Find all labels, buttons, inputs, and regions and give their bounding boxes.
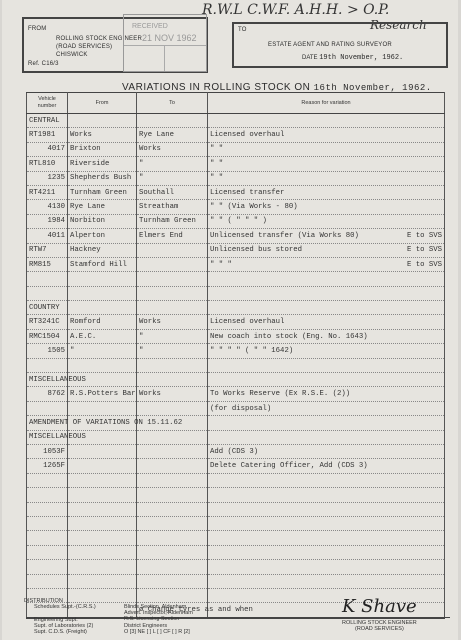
cell-vehicle: 8762 — [27, 387, 68, 401]
cell-to: Southall — [137, 185, 208, 199]
table-row: AMENDMENT OF VARIATIONS ON 15.11.62 — [27, 416, 445, 430]
cell-to — [137, 373, 208, 387]
cell-from — [68, 488, 137, 502]
cell-to — [137, 516, 208, 530]
cell-to — [137, 430, 208, 444]
cell-from — [68, 574, 137, 588]
table-row: (for disposal) — [27, 401, 445, 415]
cell-to — [137, 574, 208, 588]
table-row: MISCELLANEOUS — [27, 373, 445, 387]
table-row: 4011AlpertonElmers EndUnlicensed transfe… — [27, 229, 445, 243]
cell-vehicle: RT1981 — [27, 128, 68, 142]
cell-vehicle: 1235 — [27, 171, 68, 185]
cell-vehicle — [27, 531, 68, 545]
document-page: R.W.L C.W.F. A.H.H. > O.P. Research FROM… — [2, 0, 458, 640]
cell-to — [137, 531, 208, 545]
cell-vehicle: 1053F — [27, 444, 68, 458]
table-row: RT3241CRomfordWorksLicensed overhaul — [27, 315, 445, 329]
cell-to — [137, 286, 208, 300]
variations-table: Vehicle number From To Reason for variat… — [26, 92, 445, 619]
cell-vehicle: RMC1504 — [27, 329, 68, 343]
cell-vehicle: COUNTRY — [27, 301, 68, 315]
cell-from — [68, 516, 137, 530]
cell-from — [68, 444, 137, 458]
signatory-title: ROLLING STOCK ENGINEER (ROAD SERVICES) — [342, 620, 417, 632]
cell-vehicle — [27, 502, 68, 516]
cell-to: Turnham Green — [137, 214, 208, 228]
cell-vehicle: CENTRAL — [27, 114, 68, 128]
table-row — [27, 516, 445, 530]
cell-vehicle: RT4211 — [27, 185, 68, 199]
header-reason: Reason for variation — [208, 93, 445, 114]
from-label: FROM — [28, 26, 46, 32]
cell-vehicle: 1505 — [27, 344, 68, 358]
cell-to — [137, 243, 208, 257]
cell-reason: Unlicensed transfer (Via Works 80)E to S… — [208, 229, 445, 243]
cell-vehicle — [27, 272, 68, 286]
cell-to: Works — [137, 315, 208, 329]
cell-reason: To Works Reserve (Ex R.S.E. (2)) — [208, 387, 445, 401]
cell-reason: New coach into stock (Eng. No. 1643) — [208, 329, 445, 343]
cell-from — [68, 545, 137, 559]
table-row: RMC1504A.E.C."New coach into stock (Eng.… — [27, 329, 445, 343]
cell-vehicle: MISCELLANEOUS — [27, 373, 68, 387]
cell-from — [68, 502, 137, 516]
cell-vehicle: RT3241C — [27, 315, 68, 329]
table-row — [27, 560, 445, 574]
table-row: 8762R.S.Potters BarWorksTo Works Reserve… — [27, 387, 445, 401]
cell-reason: " " — [208, 142, 445, 156]
cell-from — [68, 459, 137, 473]
cell-extra: E to SVS — [407, 232, 442, 240]
table-row: RM815Stamford Hill " " "E to SVS — [27, 257, 445, 271]
cell-from: Romford — [68, 315, 137, 329]
table-row: RT4211Turnham GreenSouthallLicensed tran… — [27, 185, 445, 199]
cell-reason: Licensed transfer — [208, 185, 445, 199]
cell-from: Brixton — [68, 142, 137, 156]
table-row: RTW7HackneyUnlicensed bus storedE to SVS — [27, 243, 445, 257]
cell-reason: Add (CDS 3) — [208, 444, 445, 458]
cell-from: Rye Lane — [68, 200, 137, 214]
table-row: CENTRAL — [27, 114, 445, 128]
cell-vehicle — [27, 401, 68, 415]
header-vehicle-number: Vehicle number — [27, 93, 68, 114]
cell-vehicle: 4130 — [27, 200, 68, 214]
document-date: DATE 19th November, 1962. — [302, 54, 403, 62]
cell-to — [137, 545, 208, 559]
cell-reason — [208, 373, 445, 387]
table-row — [27, 272, 445, 286]
cell-vehicle: 1984 — [27, 214, 68, 228]
cell-from — [68, 473, 137, 487]
cell-from — [68, 286, 137, 300]
cell-to: " — [137, 157, 208, 171]
table-row: 1053FAdd (CDS 3) — [27, 444, 445, 458]
table-row — [27, 531, 445, 545]
cell-to — [137, 473, 208, 487]
cell-vehicle: RTW7 — [27, 243, 68, 257]
cell-vehicle — [27, 358, 68, 372]
signature: K Shave — [342, 596, 417, 617]
cell-vehicle — [27, 488, 68, 502]
from-line-3: CHISWICK — [56, 52, 88, 58]
table-row — [27, 502, 445, 516]
cell-to — [137, 301, 208, 315]
cell-to — [137, 502, 208, 516]
table-row: 1984NorbitonTurnham Green" " ( " " " ) — [27, 214, 445, 228]
cell-reason: " " — [208, 171, 445, 185]
cell-from: A.E.C. — [68, 329, 137, 343]
cell-to — [137, 358, 208, 372]
cell-to — [137, 257, 208, 271]
cell-extra: E to SVS — [407, 246, 442, 254]
table-row: RT1981WorksRye LaneLicensed overhaul — [27, 128, 445, 142]
cell-from: Riverside — [68, 157, 137, 171]
cell-reason — [208, 531, 445, 545]
cell-to: " — [137, 171, 208, 185]
cell-from: Alperton — [68, 229, 137, 243]
header-to: To — [137, 93, 208, 114]
cell-to: " — [137, 344, 208, 358]
cell-to: Streatham — [137, 200, 208, 214]
cell-from — [68, 560, 137, 574]
cell-reason — [208, 416, 445, 430]
table-row — [27, 358, 445, 372]
table-row: 4130Rye LaneStreatham" " (Via Works - 80… — [27, 200, 445, 214]
cell-to: Works — [137, 387, 208, 401]
table-row: 1265FDelete Catering Officer, Add (CDS 3… — [27, 459, 445, 473]
distribution-item: Supt. C.D.S. (Freight) — [34, 629, 96, 635]
cell-to: " — [137, 329, 208, 343]
cell-vehicle: RTL810 — [27, 157, 68, 171]
cell-reason — [208, 545, 445, 559]
cell-from — [68, 358, 137, 372]
cell-vehicle — [27, 560, 68, 574]
table-row: MISCELLANEOUS — [27, 430, 445, 444]
cell-to — [137, 459, 208, 473]
cell-vehicle: RM815 — [27, 257, 68, 271]
cell-from: Turnham Green — [68, 185, 137, 199]
cell-from — [68, 114, 137, 128]
cell-reason: " " " " ( " " 1642) — [208, 344, 445, 358]
table-row — [27, 488, 445, 502]
cell-to — [137, 588, 208, 602]
table-row: COUNTRY — [27, 301, 445, 315]
to-box: TO ESTATE AGENT AND RATING SURVEYOR DATE… — [232, 22, 448, 68]
cell-reason: Unlicensed bus storedE to SVS — [208, 243, 445, 257]
cell-vehicle: 4017 — [27, 142, 68, 156]
cell-from — [68, 531, 137, 545]
cell-from — [68, 301, 137, 315]
cell-from — [68, 272, 137, 286]
table-row: RTL810Riverside"" " — [27, 157, 445, 171]
to-label: TO — [238, 27, 247, 33]
cell-vehicle — [27, 473, 68, 487]
cell-reason — [208, 301, 445, 315]
table-row — [27, 545, 445, 559]
cell-vehicle: 1265F — [27, 459, 68, 473]
cell-reason — [208, 560, 445, 574]
cell-reason: " " ( " " " ) — [208, 214, 445, 228]
stamp-date: 21 NOV 1962 — [142, 33, 197, 43]
cell-vehicle — [27, 545, 68, 559]
cell-from: " — [68, 344, 137, 358]
date-value: 19th November, 1962. — [319, 54, 403, 62]
cell-from: Stamford Hill — [68, 257, 137, 271]
cell-reason — [208, 488, 445, 502]
received-stamp: RECEIVED 21 NOV 1962 — [123, 14, 207, 72]
cell-vehicle: 4011 — [27, 229, 68, 243]
cell-reason: Delete Catering Officer, Add (CDS 3) — [208, 459, 445, 473]
cell-to: Elmers End — [137, 229, 208, 243]
table-row — [27, 574, 445, 588]
cell-to — [137, 401, 208, 415]
cell-reason: " " (Via Works - 80) — [208, 200, 445, 214]
stamp-label: RECEIVED — [132, 23, 168, 30]
cell-vehicle: MISCELLANEOUS — [27, 430, 68, 444]
header-from: From — [68, 93, 137, 114]
cell-to — [137, 272, 208, 286]
cell-to: Works — [137, 142, 208, 156]
cell-from: Shepherds Bush — [68, 171, 137, 185]
handwritten-routing-note: R.W.L C.W.F. A.H.H. > O.P. — [202, 2, 389, 18]
cell-vehicle — [27, 574, 68, 588]
cell-reason — [208, 574, 445, 588]
cell-reason — [208, 114, 445, 128]
cell-from: Works — [68, 128, 137, 142]
distribution-list-2: Blinds Section, AldenhamAdvert. Inspecto… — [124, 604, 193, 635]
cell-vehicle — [27, 286, 68, 300]
table-row: 4017BrixtonWorks" " — [27, 142, 445, 156]
reference-number: Ref. C16/3 — [28, 61, 59, 67]
cell-reason: (for disposal) — [208, 401, 445, 415]
cell-reason: " " "E to SVS — [208, 257, 445, 271]
cell-to — [137, 488, 208, 502]
cell-reason — [208, 286, 445, 300]
date-label: DATE — [302, 55, 318, 61]
cell-to — [137, 114, 208, 128]
distribution-item: Schedules Supt.-(C.R.S.) — [34, 604, 96, 610]
cell-reason — [208, 272, 445, 286]
cell-to: Rye Lane — [137, 128, 208, 142]
table-row — [27, 473, 445, 487]
recipient: ESTATE AGENT AND RATING SURVEYOR — [268, 42, 392, 48]
cell-to — [137, 444, 208, 458]
cell-extra: E to SVS — [407, 261, 442, 269]
distribution-item: O [3] NE [ ] L [ ] CF [ ] R [2] — [124, 629, 193, 635]
cell-vehicle: AMENDMENT OF VARIATIONS ON 15.11.62 — [27, 416, 68, 430]
cell-to — [137, 560, 208, 574]
cell-reason: " " — [208, 157, 445, 171]
cell-reason: Licensed overhaul — [208, 315, 445, 329]
cell-from — [68, 401, 137, 415]
cell-reason — [208, 430, 445, 444]
table-row: 1235Shepherds Bush"" " — [27, 171, 445, 185]
cell-reason: Licensed overhaul — [208, 128, 445, 142]
cell-from: Norbiton — [68, 214, 137, 228]
cell-reason — [208, 473, 445, 487]
cell-reason — [208, 358, 445, 372]
from-line-2: (ROAD SERVICES) — [56, 44, 112, 50]
cell-from: R.S.Potters Bar — [68, 387, 137, 401]
table-row: 1505""" " " " ( " " 1642) — [27, 344, 445, 358]
table-header-row: Vehicle number From To Reason for variat… — [27, 93, 445, 114]
distribution-list: DISTRIBUTION Schedules Supt.-(C.R.S.) En… — [24, 598, 96, 635]
cell-reason — [208, 516, 445, 530]
table-row — [27, 286, 445, 300]
table-body: CENTRALRT1981WorksRye LaneLicensed overh… — [27, 114, 445, 618]
cell-from: Hackney — [68, 243, 137, 257]
cell-reason — [208, 502, 445, 516]
cell-vehicle — [27, 516, 68, 530]
